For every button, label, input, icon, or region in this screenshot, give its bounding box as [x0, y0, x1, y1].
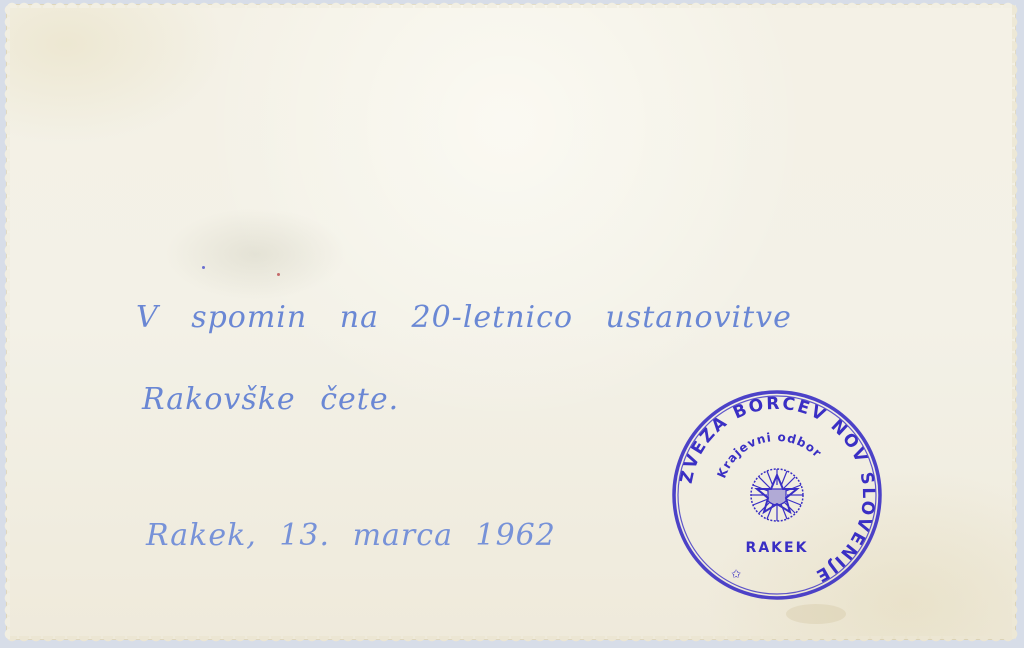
paper-stain — [277, 273, 280, 276]
scalloped-edge-top — [6, 0, 1016, 8]
handwritten-dedication-line-2: Rakovške čete. — [142, 382, 399, 417]
stamp-inner-top-text: Krajevni odbor — [714, 430, 824, 480]
paper-stain — [786, 604, 846, 624]
photo-card-back: V spomin na 20-letnico ustanovitve Rakov… — [6, 4, 1016, 640]
rubber-stamp: ZVEZA BORCEV NOV SLOVENIJE Krajevni odbo… — [670, 388, 884, 602]
scalloped-edge-bottom — [6, 636, 1016, 644]
stamp-graphic: ZVEZA BORCEV NOV SLOVENIJE Krajevni odbo… — [670, 388, 884, 602]
handwritten-place-date: Rakek, 13. marca 1962 — [146, 518, 556, 553]
handwritten-dedication-line-1: V spomin na 20-letnico ustanovitve — [136, 300, 792, 335]
scan-background: V spomin na 20-letnico ustanovitve Rakov… — [0, 0, 1024, 648]
scalloped-edge-right — [1012, 4, 1020, 640]
paper-stain — [202, 266, 205, 269]
star-icon: ✩ — [731, 567, 741, 581]
emblem-icon — [751, 469, 803, 521]
stamp-inner-bottom-text: RAKEK — [746, 540, 809, 556]
scalloped-edge-left — [2, 4, 10, 640]
